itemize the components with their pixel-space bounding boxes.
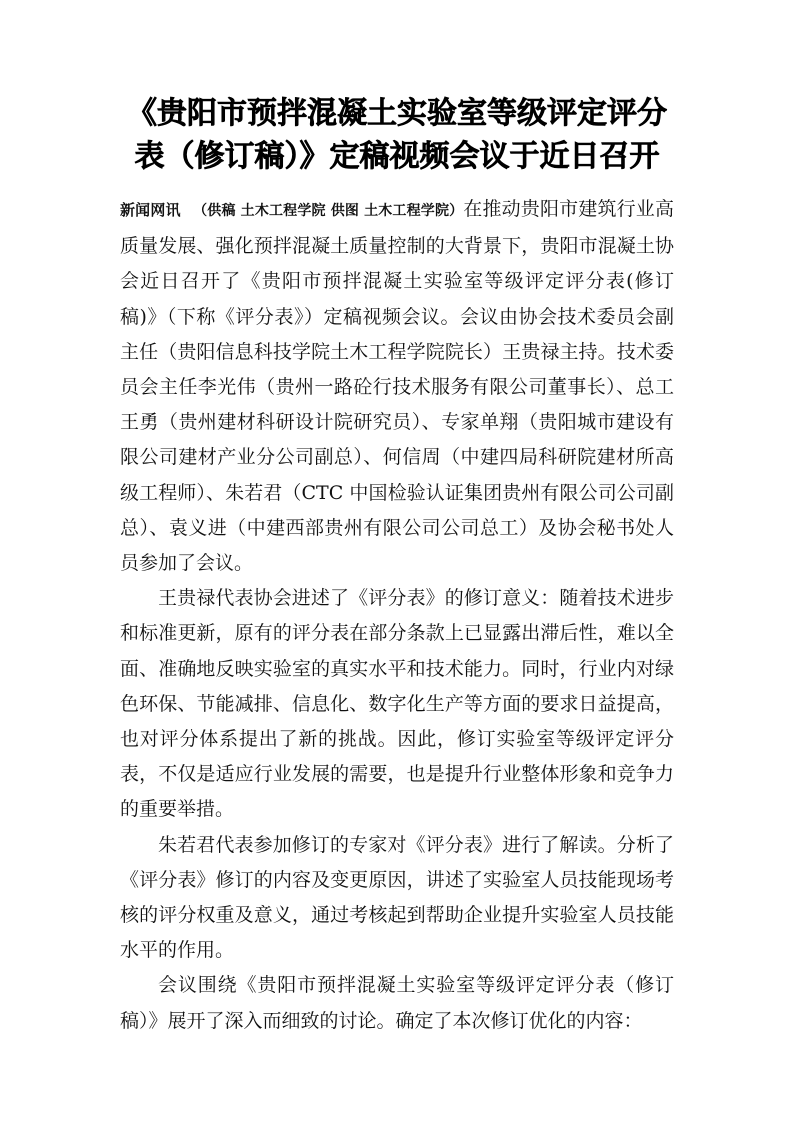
paragraph-significance: 王贵禄代表协会进述了《评分表》的修订意义：随着技术进步和标准更新，原有的评分表在… [120,581,674,827]
paragraph-discussion: 会议围绕《贵阳市预拌混凝土实验室等级评定评分表（修订稿）》展开了深入而细致的讨论… [120,968,674,1038]
paragraph-text: 在推动贵阳市建筑行业高质量发展、强化预拌混凝土质量控制的大背景下，贵阳市混凝土协… [120,198,674,574]
news-source-label: 新闻网讯 [120,201,181,219]
article-title: 《贵阳市预拌混凝土实验室等级评定评分 表（修订稿）》定稿视频会议于近日召开 [108,92,686,178]
credit-line: （供稿 土木工程学院 供图 土木工程学院） [193,203,463,219]
title-line-1: 《贵阳市预拌混凝土实验室等级评定评分 [108,92,686,135]
article-body: 新闻网讯 （供稿 土木工程学院 供图 土木工程学院）在推动贵阳市建筑行业高质量发… [120,192,674,1039]
title-line-2: 表（修订稿）》定稿视频会议于近日召开 [108,135,686,178]
paragraph-interpretation: 朱若君代表参加修订的专家对《评分表》进行了解读。分析了《评分表》修订的内容及变更… [120,828,674,969]
paragraph-intro: 新闻网讯 （供稿 土木工程学院 供图 土木工程学院）在推动贵阳市建筑行业高质量发… [120,192,674,581]
document-page: 《贵阳市预拌混凝土实验室等级评定评分 表（修订稿）》定稿视频会议于近日召开 新闻… [120,92,674,1039]
